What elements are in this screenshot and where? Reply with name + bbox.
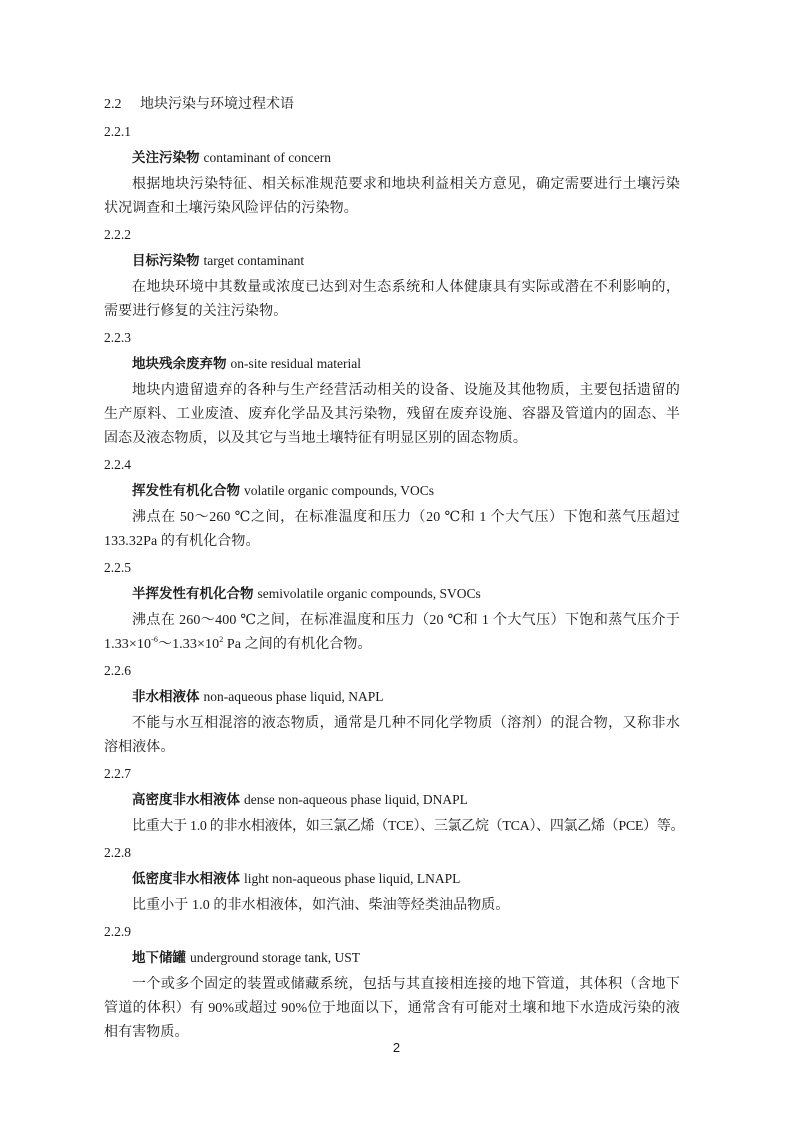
definition: 沸点在 260～400 ℃之间，在标准温度和压力（20 ℃和 1 个大气压）下饱…	[104, 609, 680, 657]
clause-number: 2.2.4	[104, 453, 680, 477]
definition: 沸点在 50～260 ℃之间，在标准温度和压力（20 ℃和 1 个大气压）下饱和…	[104, 506, 680, 554]
term-chinese: 高密度非水相液体	[132, 792, 240, 808]
term: 目标污染物target contaminant	[104, 249, 680, 274]
clause-number: 2.2.1	[104, 120, 680, 144]
definition: 在地块环境中其数量或浓度已达到对生态系统和人体健康具有实际或潜在不利影响的，需要…	[104, 276, 680, 324]
term-chinese: 非水相液体	[132, 689, 200, 705]
term-chinese: 地下储罐	[132, 950, 186, 966]
clause-number: 2.2.3	[104, 326, 680, 350]
term-english: underground storage tank, UST	[190, 950, 360, 965]
clause-number: 2.2.7	[104, 762, 680, 786]
clause-number: 2.2.9	[104, 920, 680, 944]
term-english: dense non-aqueous phase liquid, DNAPL	[244, 792, 468, 807]
term-chinese: 关注污染物	[132, 150, 200, 166]
clause: 2.2.8 低密度非水相液体light non-aqueous phase li…	[104, 841, 680, 918]
section-title: 地块污染与环境过程术语	[140, 97, 294, 112]
clause-number: 2.2.8	[104, 841, 680, 865]
clause: 2.2.4 挥发性有机化合物volatile organic compounds…	[104, 453, 680, 554]
clause: 2.2.1 关注污染物contaminant of concern 根据地块污染…	[104, 120, 680, 221]
definition-text: Pa 之间的有机化合物。	[223, 637, 371, 652]
term-chinese: 挥发性有机化合物	[132, 483, 240, 499]
document-page: 2.2地块污染与环境过程术语 2.2.1 关注污染物contaminant of…	[104, 93, 680, 1047]
section-number: 2.2	[104, 93, 140, 117]
term-chinese: 低密度非水相液体	[132, 871, 240, 887]
definition: 一个或多个固定的装置或储藏系统，包括与其直接相连接的地下管道，其体积（含地下管道…	[104, 973, 680, 1045]
term: 高密度非水相液体dense non-aqueous phase liquid, …	[104, 788, 680, 813]
clause: 2.2.5 半挥发性有机化合物semivolatile organic comp…	[104, 556, 680, 657]
clause-number: 2.2.5	[104, 556, 680, 580]
definition-text: ～1.33×10	[158, 637, 219, 652]
exponent: -6	[151, 635, 158, 644]
definition: 比重小于 1.0 的非水相液体，如汽油、柴油等烃类油品物质。	[104, 894, 680, 918]
clause: 2.2.2 目标污染物target contaminant 在地块环境中其数量或…	[104, 223, 680, 324]
clause-number: 2.2.6	[104, 659, 680, 683]
clause-number: 2.2.2	[104, 223, 680, 247]
term-english: light non-aqueous phase liquid, LNAPL	[244, 871, 460, 886]
definition: 根据地块污染特征、相关标准规范要求和地块利益相关方意见，确定需要进行土壤污染状况…	[104, 173, 680, 221]
definition: 比重大于 1.0 的非水相液体，如三氯乙烯（TCE）、三氯乙烷（TCA）、四氯乙…	[104, 815, 680, 839]
term-chinese: 半挥发性有机化合物	[132, 586, 254, 602]
term: 半挥发性有机化合物semivolatile organic compounds,…	[104, 582, 680, 607]
term-chinese: 目标污染物	[132, 253, 200, 269]
term-english: volatile organic compounds, VOCs	[244, 483, 434, 498]
term-english: contaminant of concern	[204, 150, 331, 165]
term: 非水相液体non-aqueous phase liquid, NAPL	[104, 685, 680, 710]
page-number: 2	[0, 1040, 793, 1055]
clause: 2.2.9 地下储罐underground storage tank, UST …	[104, 920, 680, 1045]
term-english: on-site residual material	[231, 356, 361, 371]
term: 地下储罐underground storage tank, UST	[104, 946, 680, 971]
term-chinese: 地块残余废弃物	[132, 356, 227, 372]
clause: 2.2.7 高密度非水相液体dense non-aqueous phase li…	[104, 762, 680, 839]
definition: 不能与水互相混溶的液态物质，通常是几种不同化学物质（溶剂）的混合物，又称非水溶相…	[104, 712, 680, 760]
term-english: target contaminant	[204, 253, 305, 268]
term: 挥发性有机化合物volatile organic compounds, VOCs	[104, 479, 680, 504]
definition: 地块内遗留遗弃的各种与生产经营活动相关的设备、设施及其他物质，主要包括遗留的生产…	[104, 379, 680, 451]
term-english: non-aqueous phase liquid, NAPL	[204, 689, 384, 704]
term: 关注污染物contaminant of concern	[104, 146, 680, 171]
clause: 2.2.3 地块残余废弃物on-site residual material 地…	[104, 326, 680, 451]
section-heading: 2.2地块污染与环境过程术语	[104, 93, 680, 117]
term: 低密度非水相液体light non-aqueous phase liquid, …	[104, 867, 680, 892]
clause: 2.2.6 非水相液体non-aqueous phase liquid, NAP…	[104, 659, 680, 760]
term: 地块残余废弃物on-site residual material	[104, 352, 680, 377]
term-english: semivolatile organic compounds, SVOCs	[258, 586, 481, 601]
